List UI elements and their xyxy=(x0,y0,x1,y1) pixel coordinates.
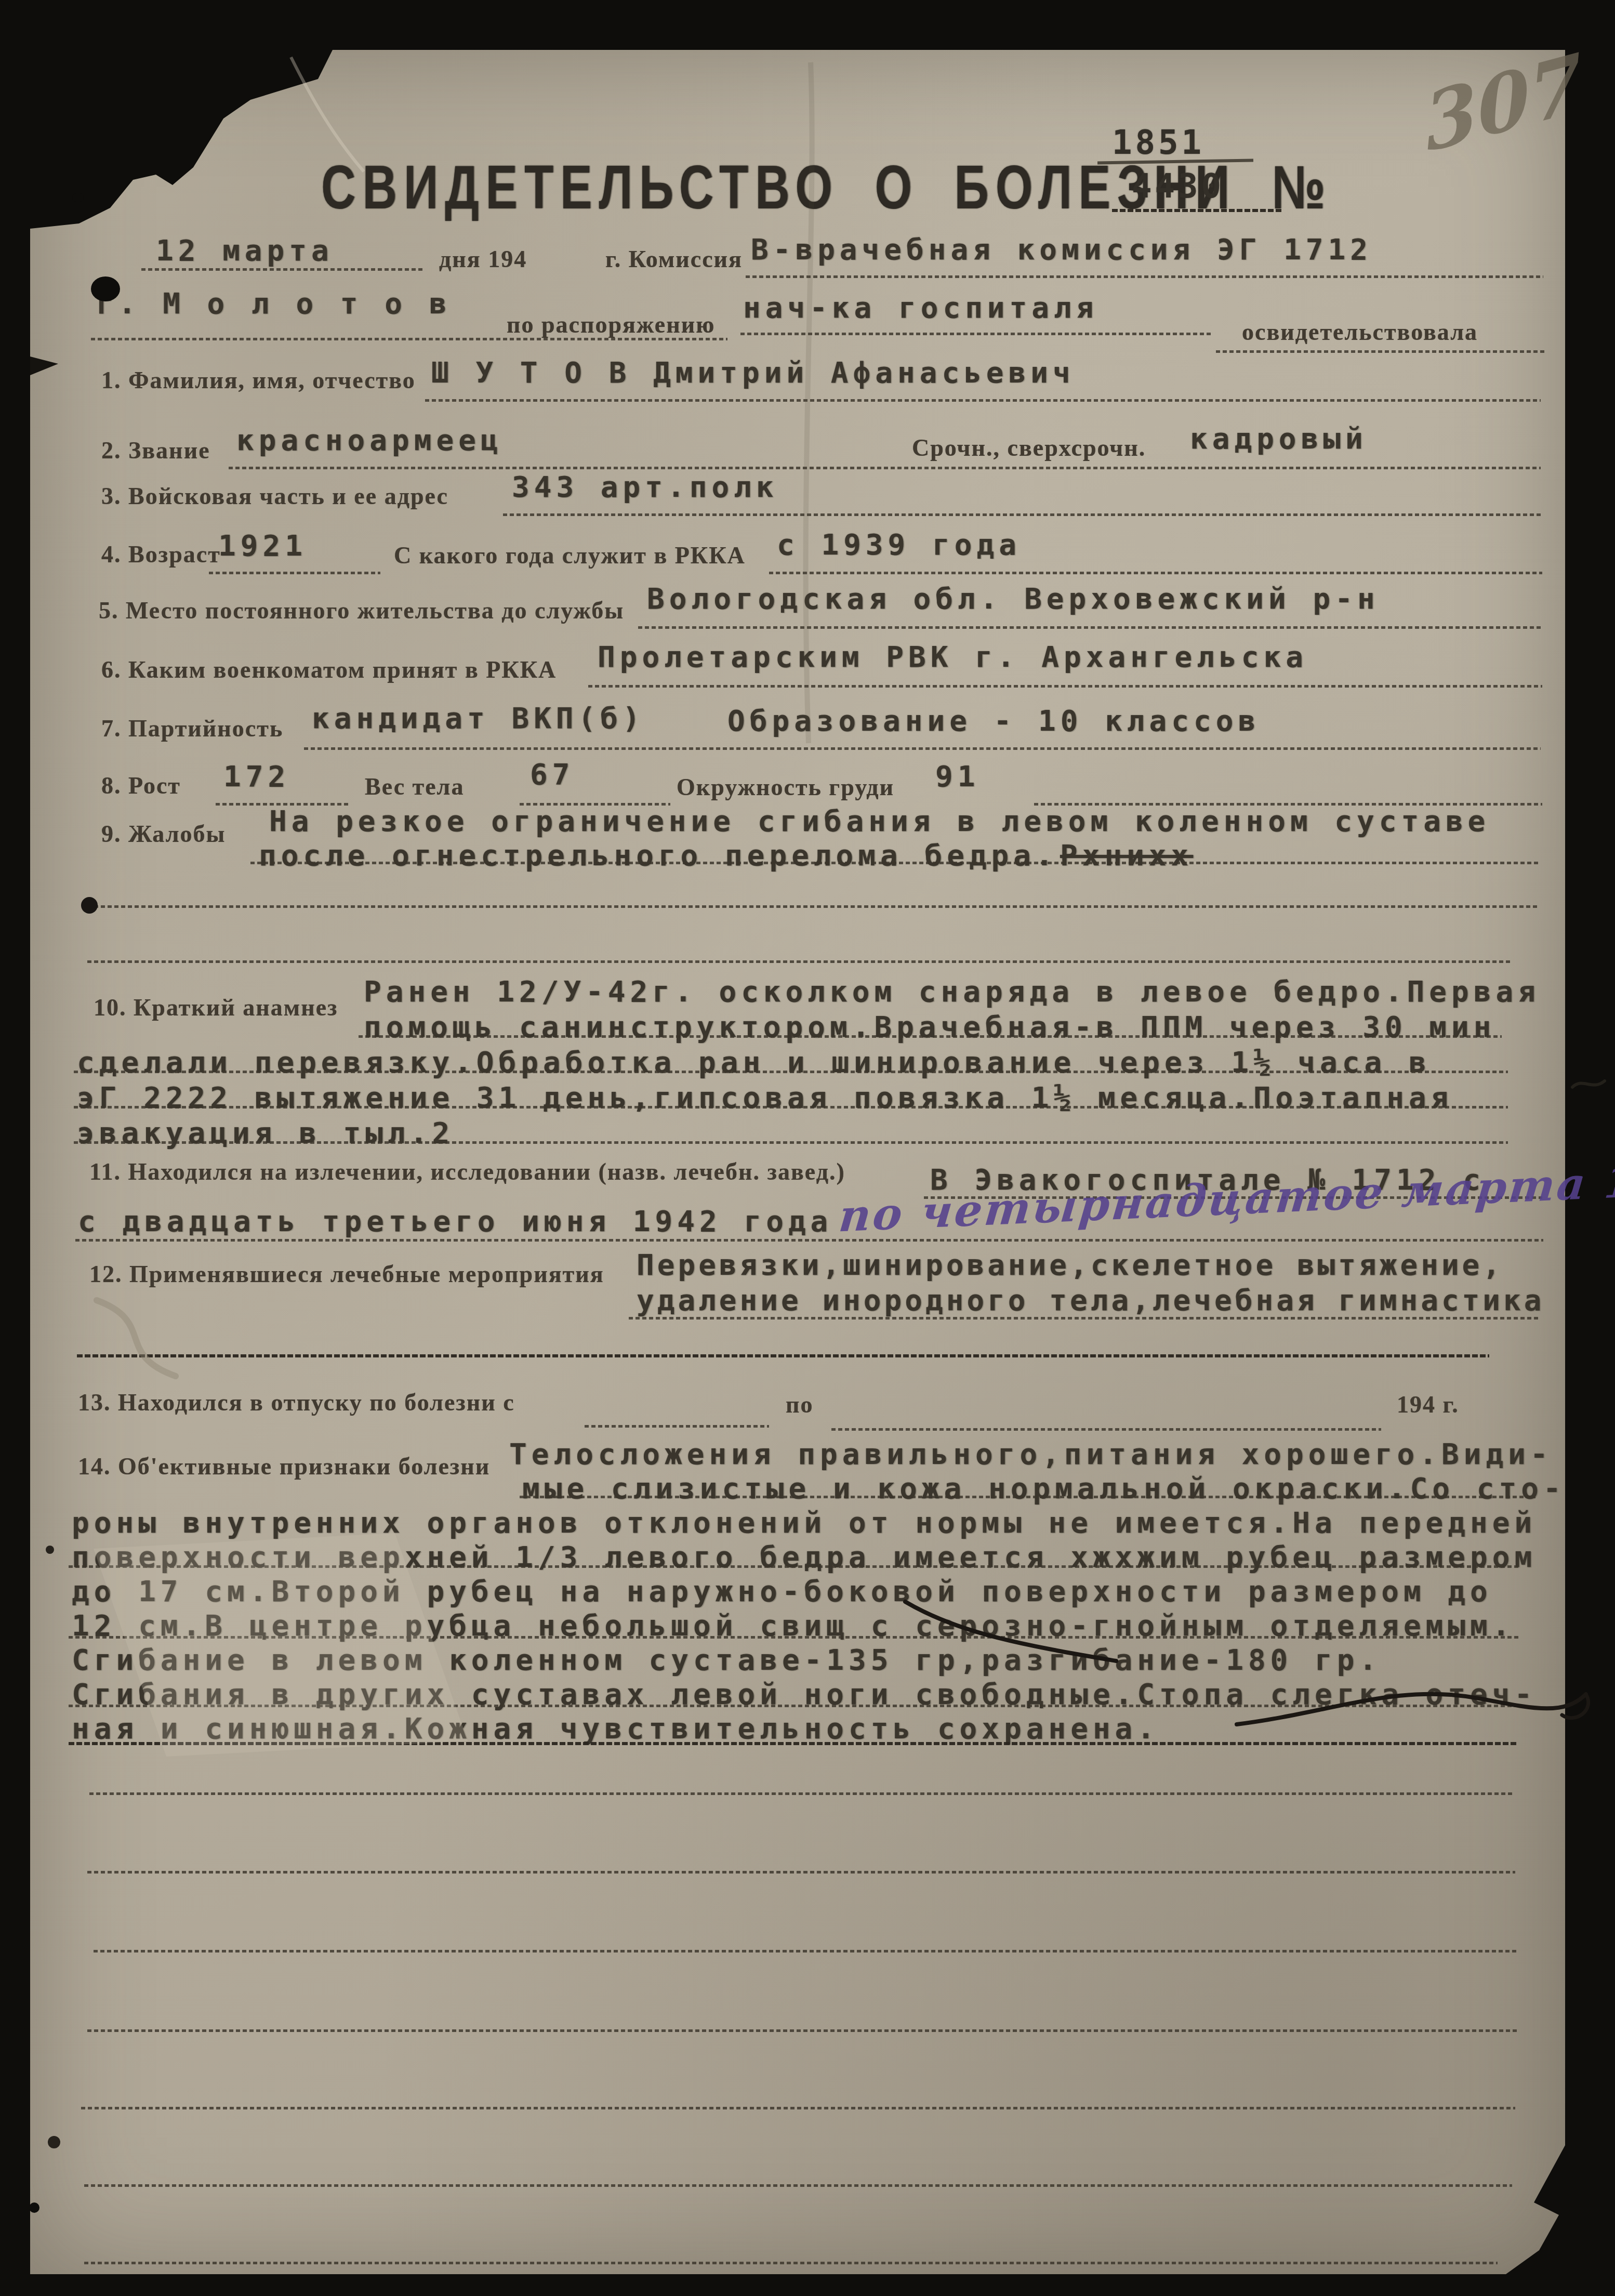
dotted-rule xyxy=(69,1742,1518,1745)
field10-label: 10. Краткий анамнез xyxy=(94,994,338,1021)
field6-value: Пролетарским РВК г. Архангельска xyxy=(598,640,1308,674)
field7-label: 7. Партийность xyxy=(101,715,283,742)
dotted-rule xyxy=(638,626,1542,629)
field7-value: кандидат ВКП(б) xyxy=(312,702,645,735)
field8-chest-value: 91 xyxy=(935,760,979,794)
dotted-rule xyxy=(740,333,1213,335)
field3-value: 343 арт.полк xyxy=(512,470,778,504)
field11-value2: с двадцать третьего июня 1942 года xyxy=(78,1205,832,1238)
field10-line5: эвакуация в тыл.2 xyxy=(77,1116,454,1150)
dotted-rule xyxy=(831,1428,1381,1431)
dotted-rule xyxy=(69,1565,1518,1568)
field2-value: красноармеец xyxy=(236,424,503,457)
field2-term-value: кадровый xyxy=(1190,422,1368,456)
field10-line1: Ранен 12/У-42г. осколком снаряда в левое… xyxy=(364,975,1540,1009)
dotted-rule xyxy=(69,1705,1518,1707)
dotted-rule xyxy=(520,1496,1535,1498)
empty-dotted-rule xyxy=(94,1950,1516,1952)
field14-label: 14. Об'ективные признаки болезни xyxy=(78,1453,490,1480)
dotted-rule xyxy=(503,513,1541,516)
dotted-rule xyxy=(1216,350,1546,353)
dotted-rule xyxy=(91,338,727,340)
field14-line7: Сгибание в левом коленном суставе-135 гр… xyxy=(72,1643,1381,1677)
field1-label: 1. Фамилия, имя, отчество xyxy=(101,366,416,394)
field4-service-label: С какого года служит в РККА xyxy=(394,542,746,569)
field1-value: Ш У Т О В Дмитрий Афанасьевич xyxy=(431,356,1075,390)
empty-dotted-rule xyxy=(81,2107,1515,2109)
field10-line2: помощь санинструктором.Врачебная-в ППМ ч… xyxy=(364,1010,1495,1044)
field5-value: Вологодская обл. Верховежский р-н xyxy=(647,582,1380,616)
field5-label: 5. Место постоянного жительства до служб… xyxy=(99,597,624,624)
field9-struck-word: Рхнихх xyxy=(1060,839,1193,873)
dotted-rule xyxy=(425,399,1541,402)
field8-chest-label: Окружность груди xyxy=(677,773,894,801)
dotted-rule xyxy=(585,1425,769,1428)
dotted-rule xyxy=(87,905,1540,908)
field4-value: 1921 xyxy=(218,529,307,563)
by-order-value: нач-ка госпиталя xyxy=(743,291,1098,325)
dotted-rule xyxy=(141,268,425,271)
day-label: дня 194 xyxy=(439,245,527,273)
field11-label: 11. Находился на излечении, исследовании… xyxy=(89,1158,845,1185)
empty-dotted-rule xyxy=(87,1871,1515,1873)
dotted-rule xyxy=(209,572,380,574)
dotted-rule xyxy=(75,1239,1543,1242)
field4-service-value: с 1939 года xyxy=(777,528,1021,562)
commission-value: В-врачебная комиссия ЭГ 1712 xyxy=(751,233,1372,267)
year-commission-label: г. Комиссия xyxy=(605,245,743,273)
scanned-document: { "document": { "archive_page_number": "… xyxy=(0,0,1615,2296)
examined-label: освидетельствовала xyxy=(1242,318,1478,346)
dotted-rule xyxy=(87,960,1511,963)
dotted-rule xyxy=(304,747,1541,750)
field8-height-value: 172 xyxy=(223,760,290,794)
ink-scrawl-curl xyxy=(1562,1694,1588,1718)
dotted-rule xyxy=(588,685,1542,688)
field14-line1: Телосложения правильного,питания хорошег… xyxy=(509,1437,1553,1471)
dotted-rule xyxy=(359,1035,1502,1038)
field8-weight-value: 67 xyxy=(530,758,574,791)
certificate-number-top: 1851 xyxy=(1112,124,1204,162)
field14-line9: ная и синюшная.Кожная чувствительность с… xyxy=(72,1712,1159,1746)
field13-label: 13. Находился в отпуску по болезни с xyxy=(78,1389,515,1416)
field8-label: 8. Рост xyxy=(101,772,181,799)
dotted-rule xyxy=(77,1354,1489,1357)
dotted-rule xyxy=(74,1106,1508,1109)
field13-to-label: по xyxy=(786,1391,814,1418)
field10-line4: эГ 2222 вытяжение 31 день,гипсовая повяз… xyxy=(77,1081,1453,1115)
field8-weight-label: Вес тела xyxy=(365,773,464,800)
dotted-rule xyxy=(69,1636,1518,1639)
dotted-rule xyxy=(769,572,1542,574)
field6-label: 6. Каким военкоматом принят в РККА xyxy=(101,656,557,683)
field3-label: 3. Войсковая часть и ее адрес xyxy=(101,482,448,510)
field14-line5: до 17 см.Второй рубец на наружно-боковой… xyxy=(72,1575,1492,1608)
empty-dotted-rule xyxy=(84,2184,1512,2187)
field2-label: 2. Звание xyxy=(101,437,210,464)
field12-line1: Перевязки,шинирование,скелетное вытяжени… xyxy=(637,1248,1503,1282)
dotted-rule xyxy=(74,1071,1508,1073)
field9-line1: На резкое ограничение сгибания в левом к… xyxy=(269,804,1490,838)
field14-line2: мые слизистые и кожа нормальной окраски.… xyxy=(522,1472,1566,1506)
field7-education-value: Образование - 10 классов xyxy=(727,704,1260,738)
certificate-number: 4430 xyxy=(1132,167,1224,206)
dotted-rule xyxy=(250,862,1539,864)
field12-label: 12. Применявшиеся лечебные мероприятия xyxy=(89,1260,604,1288)
ink-tilde xyxy=(1572,1081,1605,1087)
field14-line3: роны внутренних органов отклонений от но… xyxy=(72,1506,1537,1540)
field10-line3: сделали перевязку.Обработка ран и шиниро… xyxy=(77,1046,1431,1079)
empty-dotted-rule xyxy=(84,2262,1498,2264)
empty-dotted-rule xyxy=(87,2029,1517,2032)
date-value: 12 марта xyxy=(156,234,334,268)
field14-line4: поверхности верхней 1/3 левого бедра име… xyxy=(72,1540,1537,1574)
dotted-rule xyxy=(229,467,1541,469)
dotted-rule xyxy=(629,1317,1541,1319)
field12-line2: удаление инородного тела,лечебная гимнас… xyxy=(637,1284,1544,1317)
city-value: г. М о л о т о в xyxy=(96,287,451,321)
dotted-rule xyxy=(746,275,1543,278)
field2-term-label: Срочн., сверхсрочн. xyxy=(912,434,1146,461)
field9-label: 9. Жалобы xyxy=(101,820,226,848)
empty-dotted-rule xyxy=(89,1792,1513,1795)
field4-label: 4. Возраст xyxy=(101,540,221,568)
dotted-rule xyxy=(74,1141,1508,1144)
dotted-rule xyxy=(1112,209,1283,212)
by-order-label: по распоряжению xyxy=(507,311,715,338)
field13-year-label: 194 г. xyxy=(1397,1391,1459,1418)
field9-line2: после огнестрельного перелома бедра. xyxy=(259,839,1058,873)
